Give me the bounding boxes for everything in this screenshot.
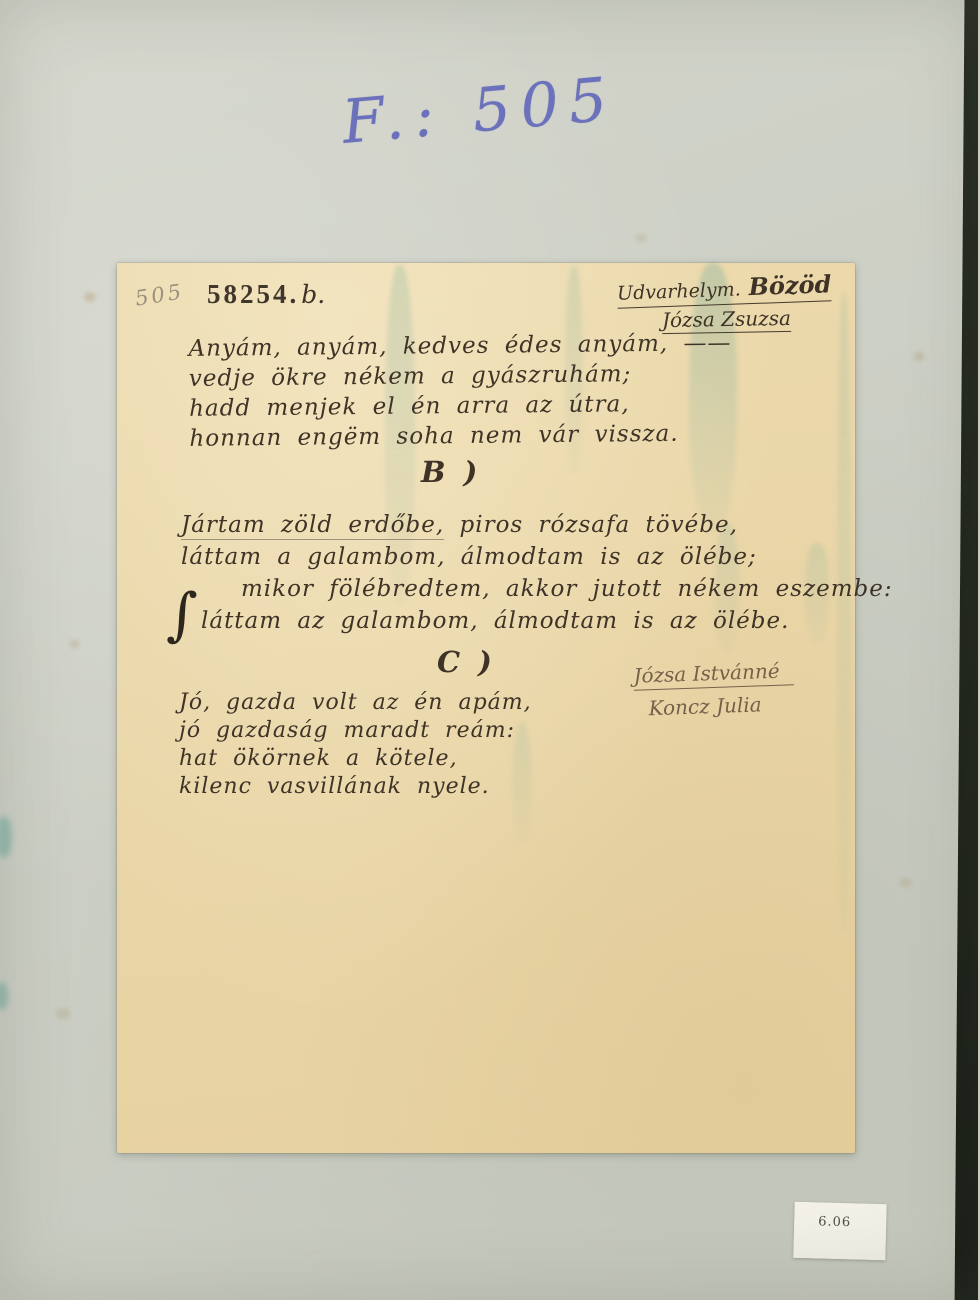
verse-b-line-2: láttam a galambom, álmodtam is az ölébe; — [181, 541, 893, 573]
verse-a-line-1: Anyám, anyám, kedves édes anyám, —— — [188, 328, 731, 364]
verse-b-line-1: Jártam zöld erdőbe, piros rózsafa tövébe… — [181, 509, 893, 541]
pencil-number: 505 — [133, 279, 185, 310]
blue-smudge — [0, 982, 8, 1010]
header-location: Udvarhelym. — [617, 278, 741, 304]
stamp-number: 58254. — [207, 279, 299, 309]
verse-c-line-2: jó gazdaság maradt reám: — [179, 717, 532, 745]
stain-spot — [56, 1008, 70, 1019]
verse-b: Jártam zöld erdőbe, piros rózsafa tövébe… — [181, 509, 893, 637]
verse-b-line-1-underlined: Jártam zöld erdőbe, — [181, 512, 444, 540]
verse-b-line-1-rest: piros rózsafa tövébe, — [444, 512, 738, 538]
stain-spot — [900, 878, 911, 887]
scan-edge-shadow — [948, 0, 978, 1300]
stain-spot — [70, 640, 79, 648]
manuscript-paper: 505 58254.b. Udvarhelym.Bözöd Józsa Zsuz… — [117, 263, 855, 1153]
price-slip: 6.06 — [793, 1202, 886, 1260]
verse-c-line-1: Jó, gazda volt az én apám, — [179, 689, 532, 717]
stain-spot — [914, 352, 924, 361]
price-label: 6.06 — [818, 1214, 851, 1230]
verse-c-line-4: kilenc vasvillának nyele. — [179, 773, 532, 801]
header-location-line: Udvarhelym.Bözöd — [617, 269, 832, 308]
header-village: Bözöd — [748, 269, 832, 301]
verse-a-line-4: honnan engëm soha nem vár vissza. — [189, 418, 732, 454]
stain-spot — [84, 292, 96, 302]
verse-b-line-4: láttam az galambom, álmodtam is az ölébe… — [181, 605, 893, 637]
informant-block: Józsa Istvánné Koncz Julia — [633, 658, 795, 721]
stamp-suffix: b. — [301, 280, 325, 309]
verse-c-line-3: hat ökörnek a kötele, — [179, 745, 532, 773]
verse-a: Anyám, anyám, kedves édes anyám, —— vedj… — [188, 328, 732, 454]
verse-b-line-3: mikor fölébredtem, akkor jutott nékem es… — [181, 573, 893, 605]
informant-maiden-name: Koncz Julia — [634, 691, 795, 721]
section-label-b: B ) — [421, 455, 481, 489]
inventory-stamp: 58254.b. — [207, 279, 325, 310]
blue-smudge — [0, 816, 12, 858]
archive-number-blue: F.: 505 — [339, 64, 619, 158]
verse-c: Jó, gazda volt az én apám, jó gazdaság m… — [179, 689, 532, 801]
informant-name: Józsa Istvánné — [633, 658, 794, 691]
stain-spot — [636, 234, 646, 242]
section-label-c: C ) — [437, 645, 496, 679]
